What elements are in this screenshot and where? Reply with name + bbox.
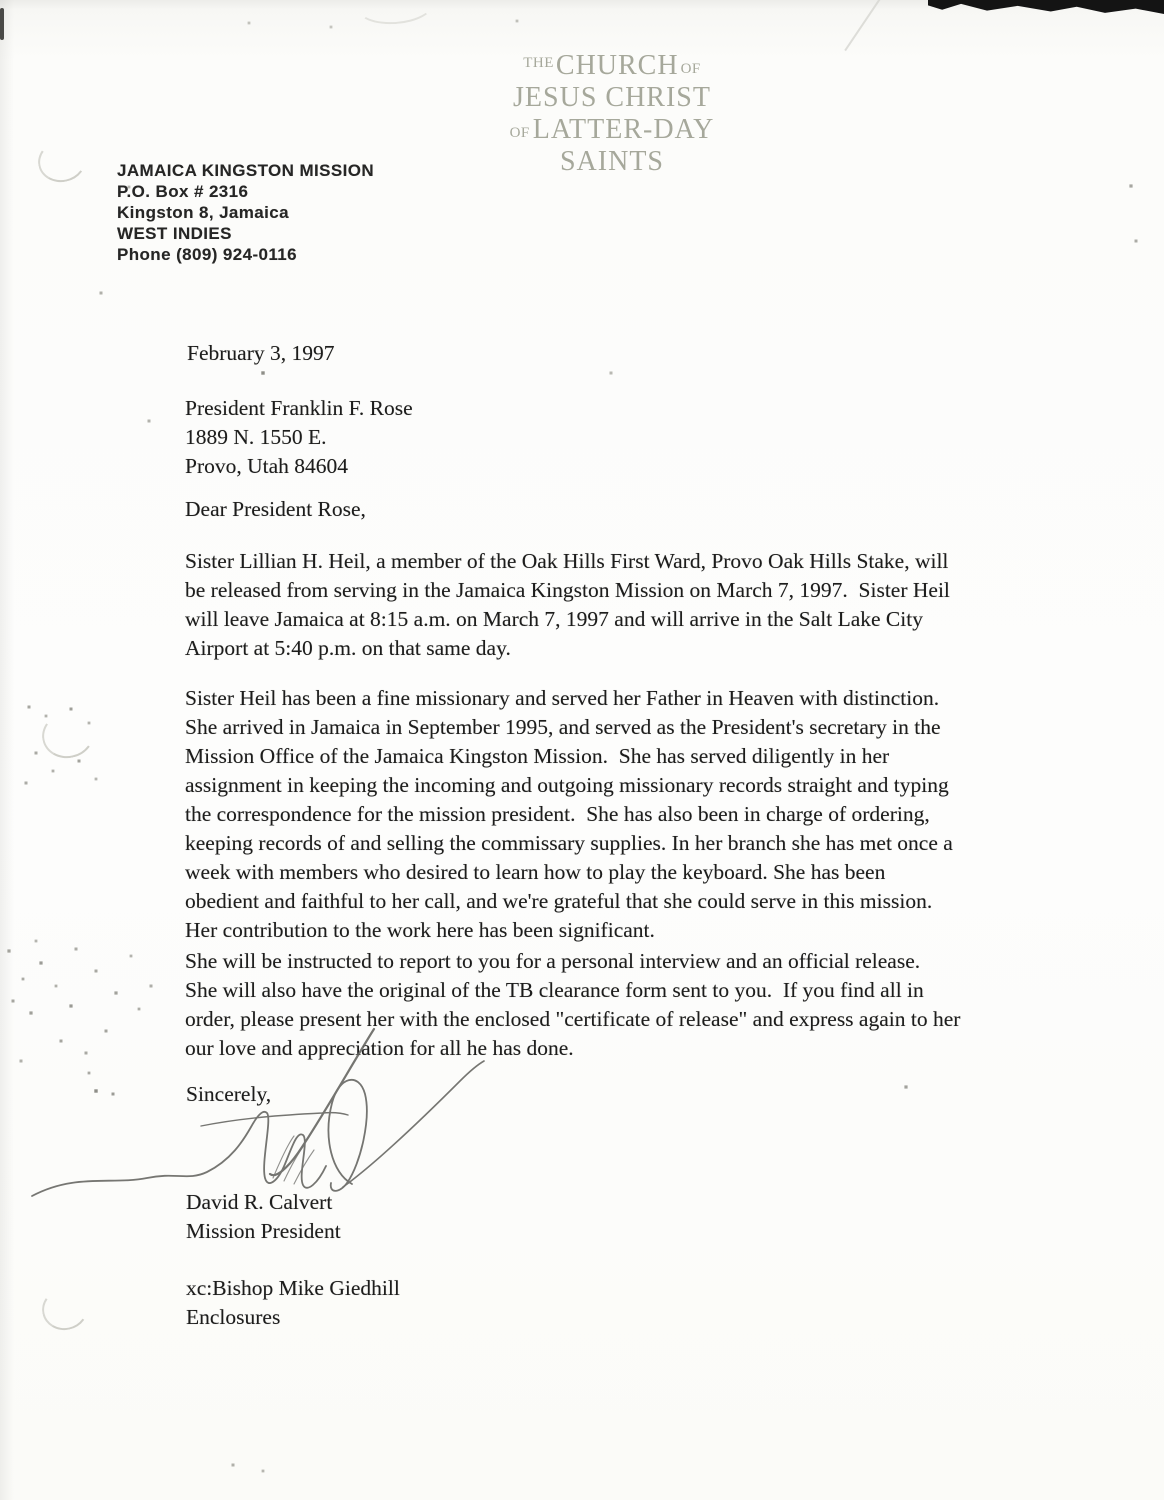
signer-name: David R. Calvert: [186, 1190, 332, 1214]
punch-hole-mark-2: [38, 707, 98, 763]
logo-line-1: THECHURCHOF: [498, 50, 726, 82]
body-paragraph-2: Sister Heil has been a fine missionary a…: [185, 684, 1105, 945]
logo-line-3: OFLATTER-DAY: [498, 114, 726, 146]
logo-word-jesus-christ: JESUS CHRIST: [513, 82, 711, 113]
signer-block: David R. Calvert Mission President: [186, 1188, 341, 1246]
body-paragraph-1: Sister Lillian H. Heil, a member of the …: [185, 547, 1105, 663]
closing: Sincerely,: [186, 1080, 271, 1109]
body-paragraph-3: She will be instructed to report to you …: [185, 947, 1105, 1063]
logo-line-2: JESUS CHRIST: [498, 82, 726, 114]
logo-word-the: THE: [523, 55, 554, 71]
letter-date: February 3, 1997: [187, 339, 335, 368]
logo-word-church: CHURCH: [556, 50, 679, 81]
scan-edge-shadow-left: [0, 0, 14, 1500]
punch-hole-mark-1: [34, 135, 90, 186]
signer-title: Mission President: [186, 1219, 341, 1243]
scan-crease-fold: [355, 0, 435, 27]
logo-word-of-2: OF: [510, 125, 530, 141]
logo-line-4: SAINTS: [498, 146, 726, 178]
church-logo: THECHURCHOF JESUS CHRIST OFLATTER-DAY SA…: [498, 50, 726, 178]
punch-hole-mark-3: [38, 1284, 92, 1335]
cc-line: xc:Bishop Mike Giedhill: [186, 1276, 400, 1300]
scan-mark-top-left: [0, 8, 4, 40]
salutation: Dear President Rose,: [185, 495, 366, 524]
scan-dust-specks: [0, 0, 2, 2]
recipient-address: President Franklin F. Rose 1889 N. 1550 …: [185, 394, 413, 481]
enclosures-line: Enclosures: [186, 1305, 280, 1329]
logo-word-of-1: OF: [681, 61, 701, 77]
mission-address: JAMAICA KINGSTON MISSION P.O. Box # 2316…: [117, 160, 374, 265]
cc-block: xc:Bishop Mike Giedhill Enclosures: [186, 1274, 400, 1332]
scanned-letter-page: THECHURCHOF JESUS CHRIST OFLATTER-DAY SA…: [0, 0, 1164, 1500]
logo-word-latter-day: LATTER-DAY: [533, 114, 715, 145]
logo-word-saints: SAINTS: [560, 146, 664, 177]
